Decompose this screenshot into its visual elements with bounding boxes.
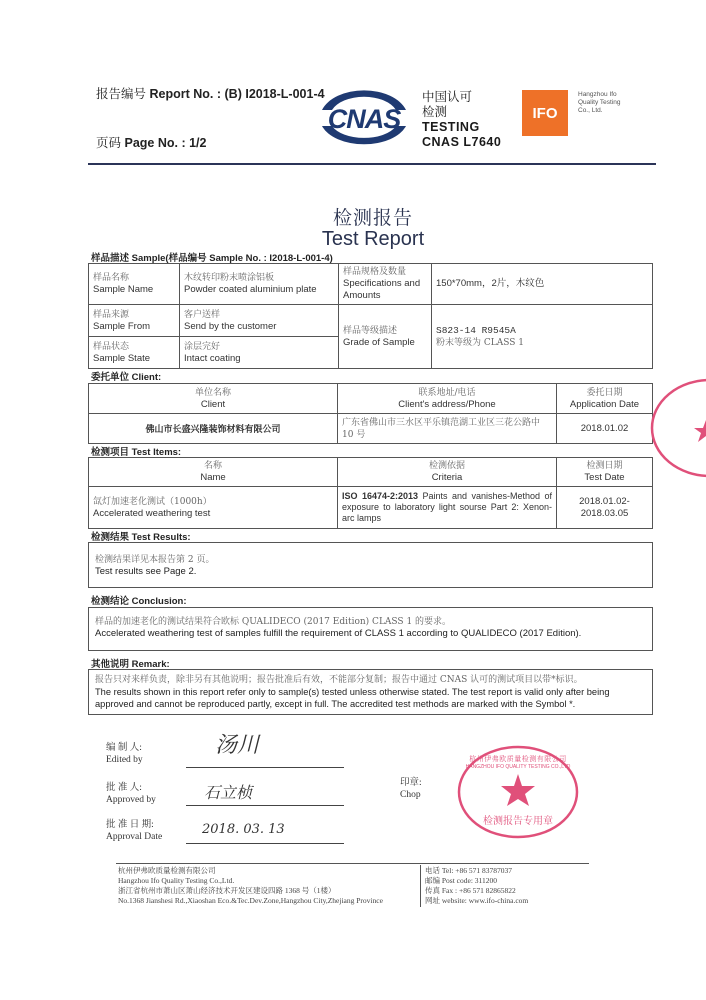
conclusion-box: 样品的加速老化的测试结果符合欧标 QUALIDECO (2017 Edition… bbox=[88, 607, 653, 651]
client-name: 佛山市长盛兴隆装饰材料有限公司 bbox=[89, 414, 338, 444]
address-header-cn: 联系地址/电话 bbox=[342, 387, 552, 399]
test-items-section-label: 检测项目 Test Items: bbox=[91, 444, 181, 458]
cnas-testing: TESTING bbox=[422, 120, 480, 134]
footer-divider bbox=[420, 865, 421, 907]
company-stamp: 杭州伊弗欧质量检测有限公司 HANGZHOU IFO QUALITY TESTI… bbox=[456, 744, 580, 840]
cnas-cn-line2: 检测 bbox=[422, 105, 501, 120]
test-date-header-en: Test Date bbox=[561, 472, 648, 484]
spec-label-cn: 样品规格及数量 bbox=[343, 266, 427, 278]
title-en: Test Report bbox=[0, 228, 706, 251]
name-header-cn: 名称 bbox=[93, 460, 333, 472]
remark-section-label: 其他说明 Remark: bbox=[91, 656, 170, 670]
sample-name-label-en: Sample Name bbox=[93, 284, 175, 296]
results-en: Test results see Page 2. bbox=[95, 566, 646, 578]
grade-value-class: 粉末等级为 CLASS 1 bbox=[436, 337, 648, 349]
results-box: 检测结果详见本报告第 2 页。 Test results see Page 2. bbox=[88, 542, 653, 588]
test-date-header-cn: 检测日期 bbox=[561, 460, 648, 472]
ifo-company-line: Co., Ltd. bbox=[578, 107, 621, 115]
spec-value: 150*70mm，2片，木纹色 bbox=[436, 278, 544, 289]
chop-cn: 印章: bbox=[400, 777, 422, 789]
date-header-en: Application Date bbox=[561, 399, 648, 411]
footer-company-cn: 杭州伊弗欧质量检测有限公司 bbox=[118, 866, 383, 876]
sample-table: 样品名称Sample Name 木纹转印粉末喷涂铝板Powder coated … bbox=[88, 263, 653, 369]
page-number-value: 1/2 bbox=[189, 136, 206, 150]
sample-from-value-en: Send by the customer bbox=[184, 321, 334, 333]
report-number-label: Report No. : bbox=[150, 87, 222, 101]
date-header-cn: 委托日期 bbox=[561, 387, 648, 399]
criteria-standard: ISO 16474-2:2013 bbox=[342, 491, 418, 501]
edited-by-label: 编 制 人: Edited by bbox=[106, 742, 143, 766]
test-date-end: 2018.03.05 bbox=[561, 508, 648, 520]
name-header-en: Name bbox=[93, 472, 333, 484]
ifo-logo: IFO bbox=[522, 90, 568, 136]
page-number: 页码 Page No. : 1/2 bbox=[96, 133, 207, 151]
sample-section-label: 样品描述 Sample(样品编号 Sample No. : I2018-L-00… bbox=[91, 250, 333, 264]
grade-value-code: S823-14 R9545A bbox=[436, 325, 648, 337]
approved-by-en: Approved by bbox=[106, 794, 156, 806]
sample-from-label-cn: 样品来源 bbox=[93, 309, 175, 321]
conclusion-en: Accelerated weathering test of samples f… bbox=[95, 628, 646, 640]
approved-by-cn: 批 准 人: bbox=[106, 782, 156, 794]
results-cn: 检测结果详见本报告第 2 页。 bbox=[95, 554, 646, 566]
conclusion-cn: 样品的加速老化的测试结果符合欧标 QUALIDECO (2017 Edition… bbox=[95, 616, 646, 628]
ifo-company-line: Hangzhou Ifo bbox=[578, 91, 621, 99]
sample-name-value-cn: 木纹转印粉末喷涂铝板 bbox=[184, 272, 334, 284]
application-date: 2018.01.02 bbox=[557, 414, 653, 444]
report-number-value: (B) I2018-L-001-4 bbox=[225, 87, 325, 101]
ifo-company-line: Quality Testing bbox=[578, 99, 621, 107]
test-date-start: 2018.01.02- bbox=[561, 496, 648, 508]
sample-from-label-en: Sample From bbox=[93, 321, 175, 333]
edited-by-signature: 汤川 bbox=[215, 728, 259, 759]
edited-by-line bbox=[186, 767, 344, 768]
edited-by-cn: 编 制 人: bbox=[106, 742, 143, 754]
approval-date-en: Approval Date bbox=[106, 831, 162, 843]
client-header-cn: 单位名称 bbox=[93, 387, 333, 399]
page-number-label: Page No. : bbox=[125, 136, 186, 150]
stamp-outer-text: 杭州伊弗欧质量检测有限公司 bbox=[456, 754, 580, 764]
approval-date-cn: 批 准 日 期: bbox=[106, 819, 162, 831]
test-name-cn: 氙灯加速老化测试（1000h） bbox=[93, 496, 333, 508]
approval-date-signature: 2018. 03. 13 bbox=[202, 822, 285, 837]
remark-en: The results shown in this report refer o… bbox=[95, 686, 646, 710]
sample-name-value-en: Powder coated aluminium plate bbox=[184, 284, 334, 296]
stamp-bottom-text: 检测报告专用章 bbox=[456, 812, 580, 827]
footer-address-cn: 浙江省杭州市萧山区萧山经济技术开发区建设四路 1368 号（1楼） bbox=[118, 886, 383, 896]
grade-label-en: Grade of Sample bbox=[343, 337, 427, 349]
footer-postcode: 邮编 Post code: 311200 bbox=[425, 876, 528, 886]
footer-address-en: No.1368 Jianshesi Rd.,Xiaoshan Eco.&Tec.… bbox=[118, 896, 383, 906]
footer-tel: 电话 Tel: +86 571 83787037 bbox=[425, 866, 528, 876]
chop-en: Chop bbox=[400, 789, 422, 801]
ifo-logo-text: IFO bbox=[533, 105, 558, 122]
client-section-label: 委托单位 Client: bbox=[91, 369, 161, 383]
spec-label-en2: Amounts bbox=[343, 290, 427, 302]
chop-label: 印章: Chop bbox=[400, 777, 422, 801]
sample-name-label-cn: 样品名称 bbox=[93, 272, 175, 284]
client-address: 广东省佛山市三水区平乐镇范湖工业区三花公路中 10 号 bbox=[338, 414, 557, 444]
approval-date-label: 批 准 日 期: Approval Date bbox=[106, 819, 162, 843]
grade-label-cn: 样品等级描述 bbox=[343, 325, 427, 337]
cnas-logo-text: CNAS bbox=[316, 104, 412, 135]
approved-by-line bbox=[186, 805, 344, 806]
footer-company-en: Hangzhou Ifo Quality Testing Co.,Ltd. bbox=[118, 876, 383, 886]
approved-by-label: 批 准 人: Approved by bbox=[106, 782, 156, 806]
page-number-cn: 页码 bbox=[96, 136, 121, 150]
cnas-logo: CNAS bbox=[316, 80, 412, 152]
client-table: 单位名称Client 联系地址/电话Client's address/Phone… bbox=[88, 383, 653, 444]
footer-company: 杭州伊弗欧质量检测有限公司 Hangzhou Ifo Quality Testi… bbox=[118, 866, 383, 906]
stamp-english-text: HANGZHOU IFO QUALITY TESTING CO.,LTD bbox=[456, 764, 580, 770]
title-cn: 检测报告 bbox=[0, 203, 706, 230]
cnas-accreditation: 中国认可 检测 TESTING CNAS L7640 bbox=[422, 90, 501, 150]
seam-stamp-icon bbox=[648, 372, 706, 482]
ifo-company-name: Hangzhou Ifo Quality Testing Co., Ltd. bbox=[578, 91, 621, 115]
sample-state-value-en: Intact coating bbox=[184, 353, 334, 365]
approved-by-signature: 石立桢 bbox=[204, 780, 252, 803]
header-rule bbox=[88, 163, 656, 165]
criteria-header-en: Criteria bbox=[342, 472, 552, 484]
spec-label-en: Specifications and bbox=[343, 278, 427, 290]
address-header-en: Client's address/Phone bbox=[342, 399, 552, 411]
footer-contact: 电话 Tel: +86 571 83787037 邮编 Post code: 3… bbox=[425, 866, 528, 906]
client-header-en: Client bbox=[93, 399, 333, 411]
sample-state-label-cn: 样品状态 bbox=[93, 341, 175, 353]
test-name-en: Accelerated weathering test bbox=[93, 508, 333, 520]
sample-state-label-en: Sample State bbox=[93, 353, 175, 365]
results-section-label: 检测结果 Test Results: bbox=[91, 529, 191, 543]
test-items-table: 名称Name 检测依据Criteria 检测日期Test Date 氙灯加速老化… bbox=[88, 457, 653, 529]
criteria-header-cn: 检测依据 bbox=[342, 460, 552, 472]
approval-date-line bbox=[186, 843, 344, 844]
edited-by-en: Edited by bbox=[106, 754, 143, 766]
footer-fax: 传真 Fax : +86 571 82865822 bbox=[425, 886, 528, 896]
conclusion-section-label: 检测结论 Conclusion: bbox=[91, 593, 187, 607]
remark-cn: 报告只对来样负责，除非另有其他说明；报告批准后有效，不能部分复制；报告中通过 C… bbox=[95, 674, 646, 686]
report-number-cn: 报告编号 bbox=[96, 87, 146, 101]
remark-box: 报告只对来样负责，除非另有其他说明；报告批准后有效，不能部分复制；报告中通过 C… bbox=[88, 669, 653, 715]
sample-from-value-cn: 客户送样 bbox=[184, 309, 334, 321]
report-number: 报告编号 Report No. : (B) I2018-L-001-4 bbox=[96, 84, 325, 102]
footer-rule bbox=[116, 863, 589, 864]
cnas-cn-line1: 中国认可 bbox=[422, 90, 501, 105]
footer-website: 网址 website: www.ifo-china.com bbox=[425, 896, 528, 906]
cnas-number: CNAS L7640 bbox=[422, 135, 501, 149]
sample-state-value-cn: 涂层完好 bbox=[184, 341, 334, 353]
side-seam-stamp bbox=[648, 372, 706, 482]
